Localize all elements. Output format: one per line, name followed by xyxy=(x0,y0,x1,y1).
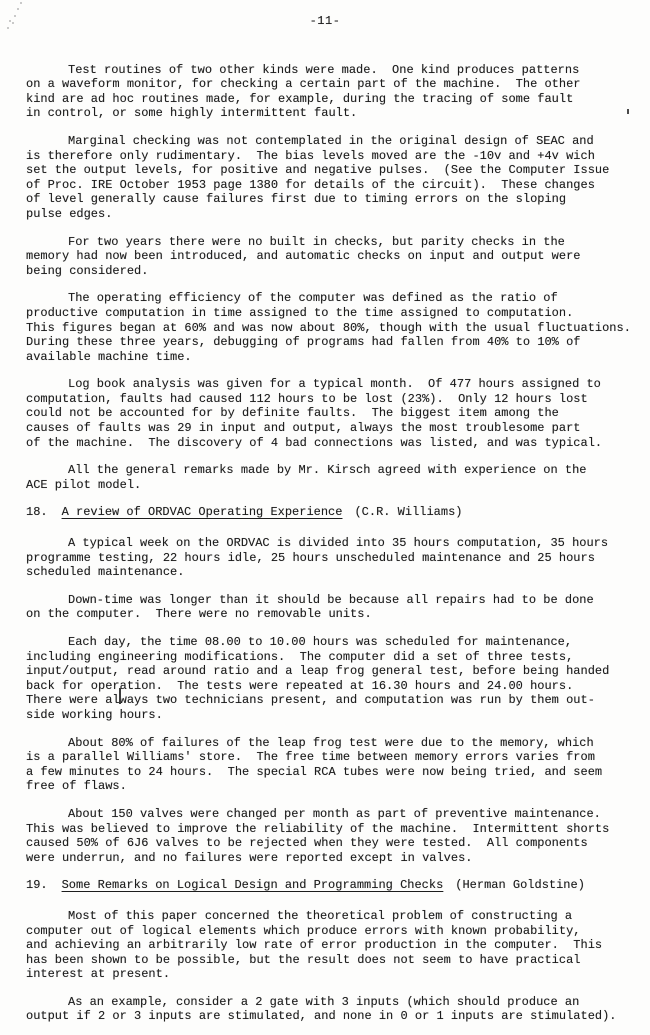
paragraph-typical-week: A typical week on the ORDVAC is divided … xyxy=(26,536,642,580)
section-attribution: (C.R. Williams) xyxy=(354,505,462,519)
paragraph-theoretical-problem: Most of this paper concerned the theoret… xyxy=(26,909,642,982)
section-title: A review of ORDVAC Operating Experience xyxy=(62,505,343,519)
paragraph-general-remarks: All the general remarks made by Mr. Kirs… xyxy=(26,463,642,492)
section-number: 19. xyxy=(26,878,48,892)
paragraph-daily-maintenance: Each day, the time 08.00 to 10.00 hours … xyxy=(26,635,642,723)
paragraph-parity-checks: For two years there were no built in che… xyxy=(26,235,642,279)
paragraph-gate-example: As an example, consider a 2 gate with 3 … xyxy=(26,995,642,1024)
page-number: -11- xyxy=(26,14,624,29)
section-number: 18. xyxy=(26,505,48,519)
paragraph-log-book-analysis: Log book analysis was given for a typica… xyxy=(26,377,642,450)
document-content: -11- Test routines of two other kinds we… xyxy=(0,0,650,1024)
section-heading-18: 18.A review of ORDVAC Operating Experien… xyxy=(26,505,642,520)
section-attribution: (Herman Goldstine) xyxy=(455,878,585,892)
paragraph-marginal-checking: Marginal checking was not contemplated i… xyxy=(26,134,642,222)
document-page: -11- Test routines of two other kinds we… xyxy=(0,0,650,1035)
paragraph-valve-changes: About 150 valves were changed per month … xyxy=(26,807,642,865)
section-title: Some Remarks on Logical Design and Progr… xyxy=(62,878,444,892)
paragraph-down-time: Down-time was longer than it should be b… xyxy=(26,593,642,622)
paragraph-operating-efficiency: The operating efficiency of the computer… xyxy=(26,291,642,364)
section-heading-19: 19.Some Remarks on Logical Design and Pr… xyxy=(26,878,642,893)
paragraph-leap-frog-failures: About 80% of failures of the leap frog t… xyxy=(26,736,642,794)
paragraph-test-routines: Test routines of two other kinds were ma… xyxy=(26,63,642,121)
